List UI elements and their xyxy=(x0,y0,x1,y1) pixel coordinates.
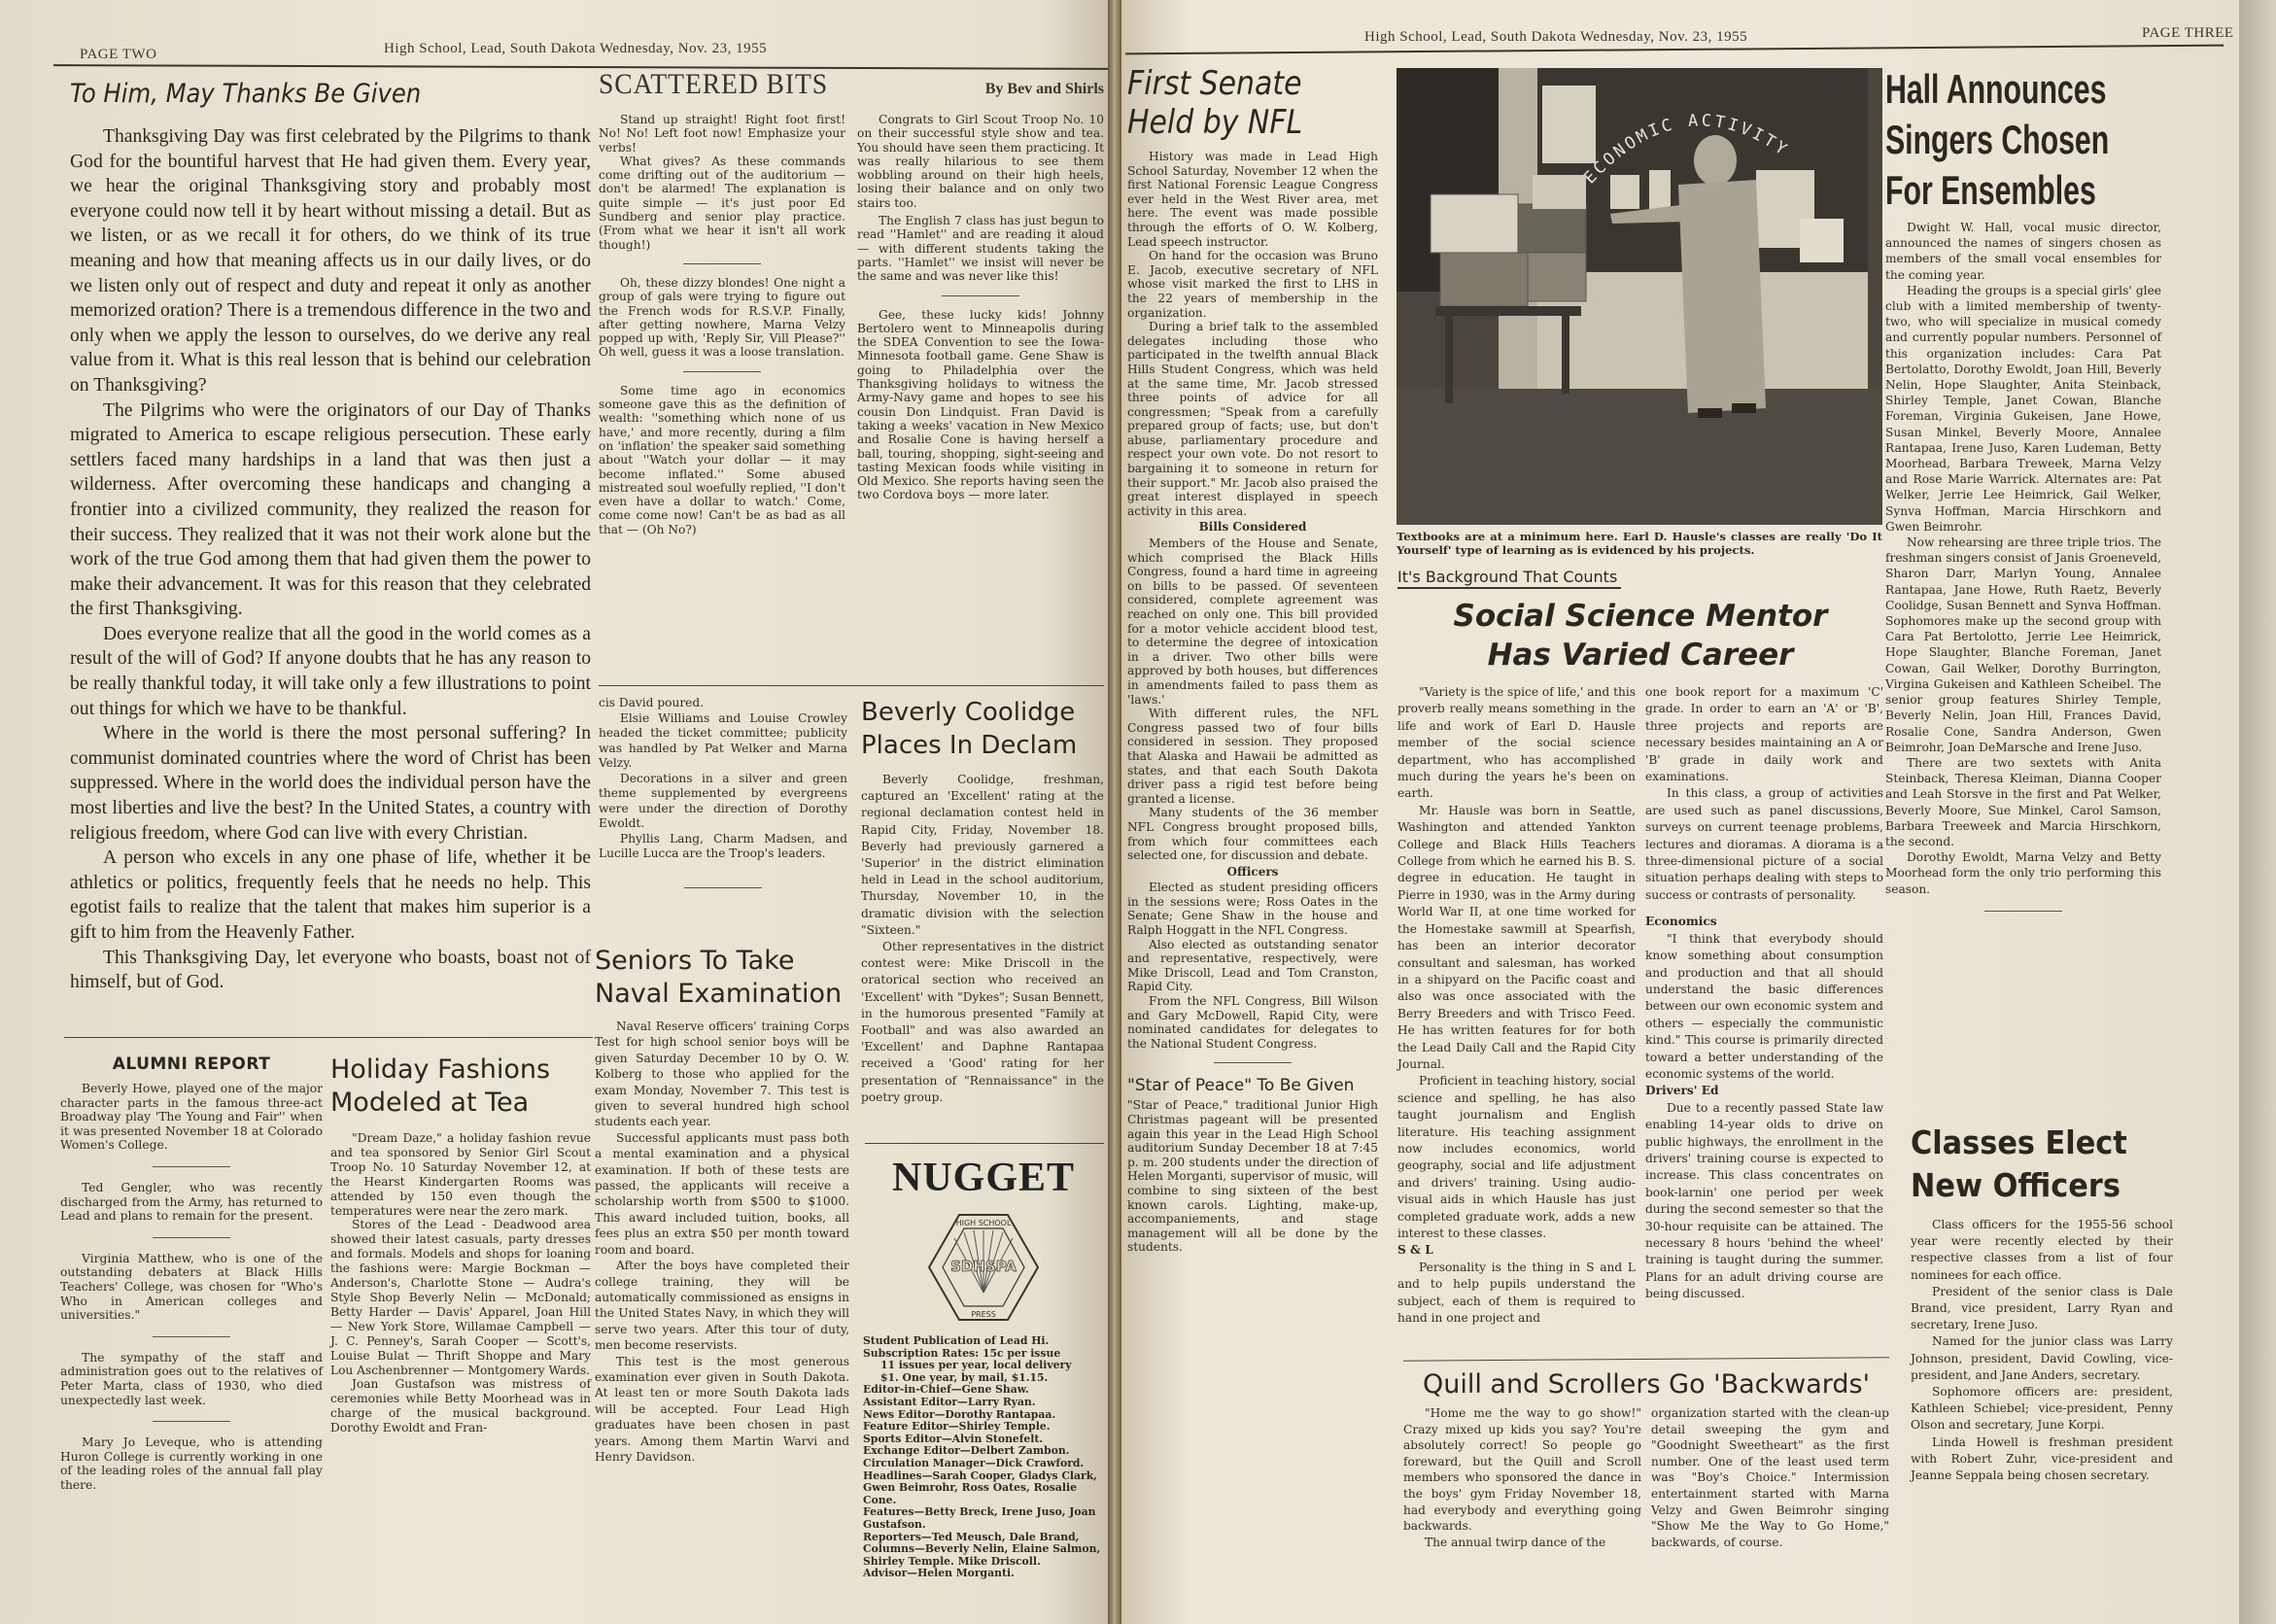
paragraph: Mr. Hausle was born in Seattle, Washingt… xyxy=(1397,803,1636,1074)
paragraph: Also elected as outstanding senator and … xyxy=(1127,938,1378,994)
naval-exam-article: Seniors To Take Naval Examination Naval … xyxy=(595,945,849,1465)
mentor-article: It's Background That Counts Social Scien… xyxy=(1397,568,1883,1327)
paragraph: Linda Howell is freshman president with … xyxy=(1911,1434,2173,1485)
paragraph: Heading the groups is a special girls' g… xyxy=(1885,283,2161,535)
quill-col1: "Home me the way to go show!" Crazy mixe… xyxy=(1403,1405,1641,1550)
mentor-kicker: It's Background That Counts xyxy=(1397,568,1621,589)
paragraph: This test is the most generous examinati… xyxy=(595,1354,849,1466)
alumni-item: Mary Jo Leveque, who is attending Huron … xyxy=(60,1435,323,1492)
masthead-line: Assistant Editor—Larry Ryan. xyxy=(863,1397,1104,1409)
paragraph: Sophomore officers are: president, Kathl… xyxy=(1911,1384,2173,1434)
subhead-bills-considered: Bills Considered xyxy=(1127,520,1378,535)
paragraph: Elsie Williams and Louise Crowley headed… xyxy=(599,711,847,772)
page-two: PAGE TWO High School, Lead, South Dakota… xyxy=(0,0,1108,1624)
paragraph: Naval Reserve officers' training Corps T… xyxy=(595,1019,849,1130)
scattered-bits-col1: Stand up straight! Right foot first! No!… xyxy=(599,113,845,536)
section-divider xyxy=(1403,1357,1889,1361)
paragraph: Members of the House and Senate, which c… xyxy=(1127,536,1378,707)
header-rule xyxy=(1125,45,2224,55)
paragraph: Congrats to Girl Scout Troop No. 10 on t… xyxy=(857,113,1104,210)
mentor-headline-line1: Social Science Mentor xyxy=(1397,597,1883,636)
photo-caption: Textbooks are at a minimum here. Earl D.… xyxy=(1397,531,1882,557)
naval-headline-line1: Seniors To Take xyxy=(595,945,849,978)
masthead-line: Headlines—Sarah Cooper, Gladys Clark, Gw… xyxy=(863,1470,1104,1507)
masthead-line: Advisor—Helen Morganti. xyxy=(863,1568,1104,1580)
paragraph: Due to a recently passed State law enabl… xyxy=(1645,1100,1883,1303)
singers-headline-line3: For Ensembles xyxy=(1885,165,2158,216)
quill-scroll-article: Quill and Scrollers Go 'Backwards' "Home… xyxy=(1403,1368,1889,1550)
paragraph: History was made in Lead High School Sat… xyxy=(1127,150,1378,249)
subhead-drivers-ed: Drivers' Ed xyxy=(1645,1083,1883,1099)
paragraph: Joan Gustafson was mistress of ceremonie… xyxy=(330,1377,591,1435)
paragraph: There are two sextets with Anita Steinba… xyxy=(1885,755,2161,849)
paragraph: Where in the world is there the most per… xyxy=(70,721,591,846)
dateline: High School, Lead, South Dakota Wednesda… xyxy=(384,41,767,57)
paragraph: Dorothy Ewoldt, Marna Velzy and Betty Mo… xyxy=(1885,849,2161,897)
scattered-bits-byline: By Bev and Shirls xyxy=(985,81,1104,98)
paragraph: "Star of Peace," traditional Junior High… xyxy=(1127,1098,1378,1255)
fashions-headline-line1: Holiday Fashions xyxy=(330,1054,591,1087)
mentor-col2: one book report for a maximum 'C' grade.… xyxy=(1645,684,1883,1327)
paragraph: "Home me the way to go show!" Crazy mixe… xyxy=(1403,1405,1641,1535)
masthead-staff-list: Student Publication of Lead Hi. Subscrip… xyxy=(863,1335,1104,1580)
press-association-seal-icon: SDHSPA HIGH SCHOOL PRESS xyxy=(925,1209,1042,1326)
paragraph: Class officers for the 1955-56 school ye… xyxy=(1911,1217,2173,1284)
subhead-sl: S & L xyxy=(1397,1242,1636,1259)
paragraph: Elected as student presiding officers in… xyxy=(1127,881,1378,937)
section-divider xyxy=(64,1037,593,1038)
subhead-economics: Economics xyxy=(1645,914,1883,930)
subhead-officers: Officers xyxy=(1127,865,1378,880)
star-of-peace-article: "Star of Peace" To Be Given "Star of Pea… xyxy=(1127,1075,1378,1255)
paragraph: organization started with the clean-up d… xyxy=(1651,1405,1889,1550)
declam-article: Beverly Coolidge Places In Declam Beverl… xyxy=(861,696,1104,1106)
paragraph: Other representatives in the district co… xyxy=(861,939,1104,1106)
senate-article: First Senate Held by NFL History was mad… xyxy=(1127,64,1378,1255)
paragraph: With different rules, the NFL Congress p… xyxy=(1127,707,1378,806)
senate-headline-line1: First Senate xyxy=(1127,64,1348,103)
paragraph: Successful applicants must pass both a m… xyxy=(595,1130,849,1258)
paragraph: Phyllis Lang, Charm Madsen, and Lucille … xyxy=(599,832,847,862)
fashions-headline-line2: Modeled at Tea xyxy=(330,1087,591,1120)
paragraph: Personality is the thing in S and L and … xyxy=(1397,1260,1636,1328)
paragraph: Beverly Coolidge, freshman, captured an … xyxy=(861,772,1104,939)
svg-text:SDHSPA: SDHSPA xyxy=(950,1258,1017,1275)
svg-text:PRESS: PRESS xyxy=(971,1310,996,1319)
star-of-peace-headline: "Star of Peace" To Be Given xyxy=(1127,1075,1378,1096)
page-edge xyxy=(2239,0,2276,1624)
alumni-item: Ted Gengler, who was recently discharged… xyxy=(60,1181,323,1224)
masthead-line: 11 issues per year, local delivery xyxy=(863,1360,1104,1372)
paragraph: Does everyone realize that all the good … xyxy=(70,622,591,721)
masthead-title: NUGGET xyxy=(863,1155,1104,1201)
scattered-bits-headline: SCATTERED BITS xyxy=(599,68,828,101)
paragraph: In this class, a group of activities are… xyxy=(1645,785,1883,904)
paragraph: The annual twirp dance of the xyxy=(1403,1535,1641,1551)
paragraph: Dwight W. Hall, vocal music director, an… xyxy=(1885,220,2161,283)
paragraph: Some time ago in economics someone gave … xyxy=(599,384,845,536)
scattered-bits-col2: Congrats to Girl Scout Troop No. 10 on t… xyxy=(857,113,1104,536)
classroom-photo: ECONOMIC ACTIVITY xyxy=(1397,68,1882,525)
paragraph: A person who excels in any one phase of … xyxy=(70,846,591,945)
editorial-body: Thanksgiving Day was first celebrated by… xyxy=(70,124,591,995)
paragraph: Gee, these lucky kids! Johnny Bertolero … xyxy=(857,308,1104,502)
paragraph: Thanksgiving Day was first celebrated by… xyxy=(70,124,591,398)
page-three: High School, Lead, South Dakota Wednesda… xyxy=(1121,0,2239,1624)
mentor-col1: "Variety is the spice of life,' and this… xyxy=(1397,684,1636,1327)
section-divider xyxy=(865,1143,1104,1144)
singers-headline-line1: Hall Announces xyxy=(1885,64,2158,115)
paragraph: The English 7 class has just begun to re… xyxy=(857,214,1104,283)
scattered-bits-column: SCATTERED BITS By Bev and Shirls Stand u… xyxy=(599,68,1104,536)
paragraph: What gives? As these commands come drift… xyxy=(599,155,845,252)
paragraph: After the boys have completed their coll… xyxy=(595,1258,849,1353)
paragraph: Stand up straight! Right foot first! No!… xyxy=(599,113,845,155)
singers-article: Hall Announces Singers Chosen For Ensemb… xyxy=(1885,64,2161,925)
paragraph: Named for the junior class was Larry Joh… xyxy=(1911,1333,2173,1384)
classes-headline-line1: Classes Elect xyxy=(1911,1122,2152,1164)
paragraph: From the NFL Congress, Bill Wilson and G… xyxy=(1127,994,1378,1051)
classes-headline-line2: New Officers xyxy=(1911,1164,2152,1207)
page-number: PAGE THREE xyxy=(2142,25,2234,42)
paragraph: cis David poured. xyxy=(599,696,847,711)
paragraph: President of the senior class is Dale Br… xyxy=(1911,1284,2173,1334)
quill-col2: organization started with the clean-up d… xyxy=(1651,1405,1889,1550)
classes-article: Classes Elect New Officers Class officer… xyxy=(1911,1122,2173,1484)
masthead-line: Columns—Beverly Nelin, Elaine Salmon, Sh… xyxy=(863,1543,1104,1568)
paragraph: Now rehearsing are three triple trios. T… xyxy=(1885,535,2161,755)
senate-headline-line2: Held by NFL xyxy=(1127,103,1348,142)
masthead-line: Student Publication of Lead Hi. xyxy=(863,1335,1104,1348)
paragraph: This Thanksgiving Day, let everyone who … xyxy=(70,946,591,995)
nugget-masthead: NUGGET SDHSPA HIGH SCHOOL PRESS Student … xyxy=(863,1155,1104,1580)
mentor-headline-line2: Has Varied Career xyxy=(1397,636,1883,674)
alumni-report: ALUMNI REPORT Beverly Howe, played one o… xyxy=(60,1052,323,1492)
paragraph: Decorations in a silver and green theme … xyxy=(599,772,847,832)
paragraph: "Variety is the spice of life,' and this… xyxy=(1397,684,1636,803)
paragraph: "Dream Daze," a holiday fashion revue an… xyxy=(330,1131,591,1218)
singers-headline-line2: Singers Chosen xyxy=(1885,115,2158,165)
paragraph: During a brief talk to the assembled del… xyxy=(1127,320,1378,518)
editorial-article: To Him, May Thanks Be Given Thanksgiving… xyxy=(70,78,591,995)
paragraph: Oh, these dizzy blondes! One night a gro… xyxy=(599,276,845,360)
declam-headline-line1: Beverly Coolidge xyxy=(861,696,1104,729)
alumni-item: The sympathy of the staff and administra… xyxy=(60,1351,323,1407)
alumni-item: Beverly Howe, played one of the major ch… xyxy=(60,1082,323,1153)
fashions-article: Holiday Fashions Modeled at Tea "Dream D… xyxy=(330,1054,591,1435)
dateline: High School, Lead, South Dakota Wednesda… xyxy=(1364,29,1747,46)
paragraph: one book report for a maximum 'C' grade.… xyxy=(1645,684,1883,785)
svg-text:HIGH SCHOOL: HIGH SCHOOL xyxy=(956,1219,1012,1227)
paragraph: The Pilgrims who were the originators of… xyxy=(70,398,591,622)
quill-headline: Quill and Scrollers Go 'Backwards' xyxy=(1403,1368,1889,1401)
page-number: PAGE TWO xyxy=(80,47,156,63)
masthead-line: Circulation Manager—Dick Crawford. xyxy=(863,1458,1104,1470)
editorial-headline: To Him, May Thanks Be Given xyxy=(70,78,538,111)
declam-headline-line2: Places In Declam xyxy=(861,729,1104,762)
paragraph: Many students of the 36 member NFL Congr… xyxy=(1127,806,1378,862)
paragraph: Stores of the Lead - Deadwood area showe… xyxy=(330,1218,591,1377)
paragraph: "I think that everybody should know some… xyxy=(1645,931,1883,1084)
fashions-continued: cis David poured. Elsie Williams and Lou… xyxy=(599,696,847,914)
naval-headline-line2: Naval Examination xyxy=(595,978,849,1011)
masthead-line: Feature Editor—Shirley Temple. xyxy=(863,1421,1104,1434)
alumni-item: Virginia Matthew, who is one of the outs… xyxy=(60,1252,323,1323)
paragraph: On hand for the occasion was Bruno E. Ja… xyxy=(1127,249,1378,320)
section-divider xyxy=(599,685,1104,686)
masthead-line: Features—Betty Breck, Irene Juso, Joan G… xyxy=(863,1506,1104,1531)
alumni-headline: ALUMNI REPORT xyxy=(60,1054,323,1074)
paragraph: Proficient in teaching history, social s… xyxy=(1397,1073,1636,1242)
binding-gutter xyxy=(1108,0,1121,1624)
